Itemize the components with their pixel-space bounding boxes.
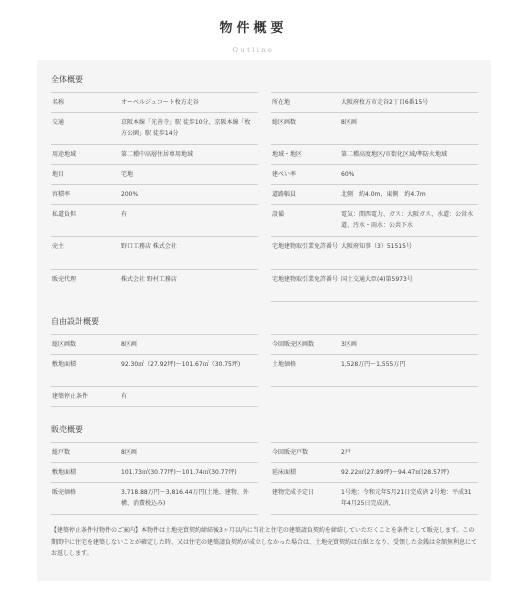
free-design-right-table: 今回販売区画数3区画 土地価格1,528万円～1,555万円 bbox=[271, 334, 478, 387]
sales-right-table: 今回販売戸数2戸 延床面積92.22㎡(27.89坪)～94.47㎡(28.57… bbox=[271, 442, 478, 515]
row-value: 京阪本線「光善寺」駅 徒歩10分、京阪本線「枚方公園」駅 徒歩14分 bbox=[121, 117, 258, 144]
row-value: 宅地 bbox=[121, 169, 258, 184]
row-label: 宅地建物取引業免許番号 bbox=[271, 274, 341, 301]
table-row: 今回販売区画数3区画 bbox=[271, 335, 478, 355]
row-label: 販売代理 bbox=[51, 274, 121, 302]
section-title: 全体概要 bbox=[51, 72, 477, 92]
row-label: 敷地面積 bbox=[51, 359, 121, 386]
section-sales: 販売概要 総戸数8区画 敷地面積101.73㎡(30.77坪)～101.74㎡(… bbox=[51, 422, 477, 442]
section-overall: 全体概要 名称オーベルジュコート枚方走谷 交通京阪本線「光善寺」駅 徒歩10分、… bbox=[51, 72, 477, 92]
table-row: 延床面積92.22㎡(27.89坪)～94.47㎡(28.57坪) bbox=[271, 463, 478, 483]
overall-left-table: 名称オーベルジュコート枚方走谷 交通京阪本線「光善寺」駅 徒歩10分、京阪本線「… bbox=[51, 92, 258, 302]
row-label: 建ぺい率 bbox=[271, 169, 341, 184]
row-value: 92.30㎡（27.92坪)～101.67㎡（30.75坪) bbox=[121, 359, 258, 386]
table-row: 敷地面積101.73㎡(30.77坪)～101.74㎡(30.77坪) bbox=[51, 463, 258, 483]
conditional-sale-notice: 【建築停止条件付物件のご案内】本物件は土地売買契約締結後3ヶ月以内に当社と住宅の… bbox=[51, 525, 479, 560]
row-label: 今回販売戸数 bbox=[271, 447, 341, 462]
row-value: 株式会社 野村工務店 bbox=[121, 274, 258, 302]
row-value: 2戸 bbox=[341, 447, 478, 462]
row-label: 延床面積 bbox=[271, 467, 341, 482]
row-value: 大阪府枚方市走谷2丁目6番15号 bbox=[341, 97, 478, 112]
page-title: 物件概要 bbox=[0, 17, 507, 36]
row-value: 60% bbox=[341, 169, 478, 184]
table-row: 建築停止条件有 bbox=[51, 387, 258, 407]
table-row: 販売代理株式会社 野村工務店 bbox=[51, 270, 258, 302]
row-label: 今回販売区画数 bbox=[271, 339, 341, 354]
row-label: 私道負担 bbox=[51, 209, 121, 236]
row-value: 大阪府知事（3）51515号 bbox=[341, 241, 478, 269]
row-label: 売主 bbox=[51, 241, 121, 269]
row-label: 土地価格 bbox=[271, 359, 341, 386]
table-row: 総戸数8区画 bbox=[51, 443, 258, 463]
table-row: 用途地域第二種中高層住居専用地域 bbox=[51, 145, 258, 165]
table-row: 売主野口工務店 株式会社 bbox=[51, 237, 258, 270]
section-title: 販売概要 bbox=[51, 422, 477, 442]
row-label: 建築停止条件 bbox=[51, 391, 121, 406]
row-value: 8区画 bbox=[121, 447, 258, 462]
row-label: 交通 bbox=[51, 117, 121, 144]
table-row: 所在地大阪府枚方市走谷2丁目6番15号 bbox=[271, 93, 478, 113]
table-row: 容積率200% bbox=[51, 185, 258, 205]
row-label: 地域・地区 bbox=[271, 149, 341, 164]
table-row: 建ぺい率60% bbox=[271, 165, 478, 185]
table-row: 宅地建物取引業免許番号国土交通大臣(4)第5973号 bbox=[271, 270, 478, 302]
row-label: 用途地域 bbox=[51, 149, 121, 164]
row-label: 道路幅員 bbox=[271, 189, 341, 204]
section-free-design: 自由設計概要 総区画数8区画 敷地面積92.30㎡（27.92坪)～101.67… bbox=[51, 314, 477, 334]
row-label: 地目 bbox=[51, 169, 121, 184]
row-value: 有 bbox=[121, 209, 258, 236]
table-row: 道路幅員北側 約4.0m、東側 約4.7m bbox=[271, 185, 478, 205]
table-row: 敷地面積92.30㎡（27.92坪)～101.67㎡（30.75坪) bbox=[51, 355, 258, 387]
row-value: 92.22㎡(27.89坪)～94.47㎡(28.57坪) bbox=[341, 467, 478, 482]
sales-left-table: 総戸数8区画 敷地面積101.73㎡(30.77坪)～101.74㎡(30.77… bbox=[51, 442, 258, 515]
row-value: 8区画 bbox=[341, 117, 478, 144]
row-value: 1,528万円～1,555万円 bbox=[341, 359, 478, 386]
row-value: 101.73㎡(30.77坪)～101.74㎡(30.77坪) bbox=[121, 467, 258, 482]
section-title: 自由設計概要 bbox=[51, 314, 477, 334]
row-value: 8区画 bbox=[121, 339, 258, 354]
table-row: 総区画数8区画 bbox=[271, 113, 478, 145]
row-label: 総区画数 bbox=[51, 339, 121, 354]
page-subtitle: Outline bbox=[0, 46, 507, 54]
row-value: 3区画 bbox=[341, 339, 478, 354]
table-row: 今回販売戸数2戸 bbox=[271, 443, 478, 463]
table-row: 地域・地区第二種高度地区/市街化区域/準防火地域 bbox=[271, 145, 478, 165]
table-row: 私道負担有 bbox=[51, 205, 258, 237]
table-row: 総区画数8区画 bbox=[51, 335, 258, 355]
table-row: 宅地建物取引業免許番号大阪府知事（3）51515号 bbox=[271, 237, 478, 270]
row-label: 建物完成予定日 bbox=[271, 487, 341, 514]
row-value: 野口工務店 株式会社 bbox=[121, 241, 258, 269]
row-label: 所在地 bbox=[271, 97, 341, 112]
row-value: 第二種中高層住居専用地域 bbox=[121, 149, 258, 164]
free-design-left-table: 総区画数8区画 敷地面積92.30㎡（27.92坪)～101.67㎡（30.75… bbox=[51, 334, 258, 407]
table-row: 設備電気：関西電力、ガス：大阪ガス、水道：公営水道、汚水・雨水：公共下水 bbox=[271, 205, 478, 237]
row-label: 総戸数 bbox=[51, 447, 121, 462]
row-label: 宅地建物取引業免許番号 bbox=[271, 241, 341, 269]
row-label: 総区画数 bbox=[271, 117, 341, 144]
page-header: 物件概要 Outline bbox=[0, 17, 507, 54]
row-label: 名称 bbox=[51, 97, 121, 112]
table-row: 建物完成予定日1号地：令和元年5月21日完成済 2号地：平成31年4月25日完成… bbox=[271, 483, 478, 515]
row-label: 敷地面積 bbox=[51, 467, 121, 482]
row-value: 1号地：令和元年5月21日完成済 2号地：平成31年4月25日完成済、 bbox=[341, 487, 478, 514]
table-row: 地目宅地 bbox=[51, 165, 258, 185]
row-value: オーベルジュコート枚方走谷 bbox=[121, 97, 258, 112]
row-value: 3,718.88万円～3,816.44万円(土地、建物、外構、消費税込み) bbox=[121, 487, 258, 514]
overall-right-table: 所在地大阪府枚方市走谷2丁目6番15号 総区画数8区画 地域・地区第二種高度地区… bbox=[271, 92, 478, 302]
row-value: 有 bbox=[121, 391, 258, 406]
table-row: 販売価格3,718.88万円～3,816.44万円(土地、建物、外構、消費税込み… bbox=[51, 483, 258, 515]
row-label: 販売価格 bbox=[51, 487, 121, 514]
outline-panel: 全体概要 名称オーベルジュコート枚方走谷 交通京阪本線「光善寺」駅 徒歩10分、… bbox=[37, 60, 491, 581]
row-value: 電気：関西電力、ガス：大阪ガス、水道：公営水道、汚水・雨水：公共下水 bbox=[341, 209, 478, 236]
row-label: 設備 bbox=[271, 209, 341, 236]
row-value: 第二種高度地区/市街化区域/準防火地域 bbox=[341, 149, 478, 164]
row-label: 容積率 bbox=[51, 189, 121, 204]
table-row: 土地価格1,528万円～1,555万円 bbox=[271, 355, 478, 387]
row-value: 北側 約4.0m、東側 約4.7m bbox=[341, 189, 478, 204]
table-row: 名称オーベルジュコート枚方走谷 bbox=[51, 93, 258, 113]
row-value: 200% bbox=[121, 189, 258, 204]
table-row: 交通京阪本線「光善寺」駅 徒歩10分、京阪本線「枚方公園」駅 徒歩14分 bbox=[51, 113, 258, 145]
row-value: 国土交通大臣(4)第5973号 bbox=[341, 274, 478, 301]
